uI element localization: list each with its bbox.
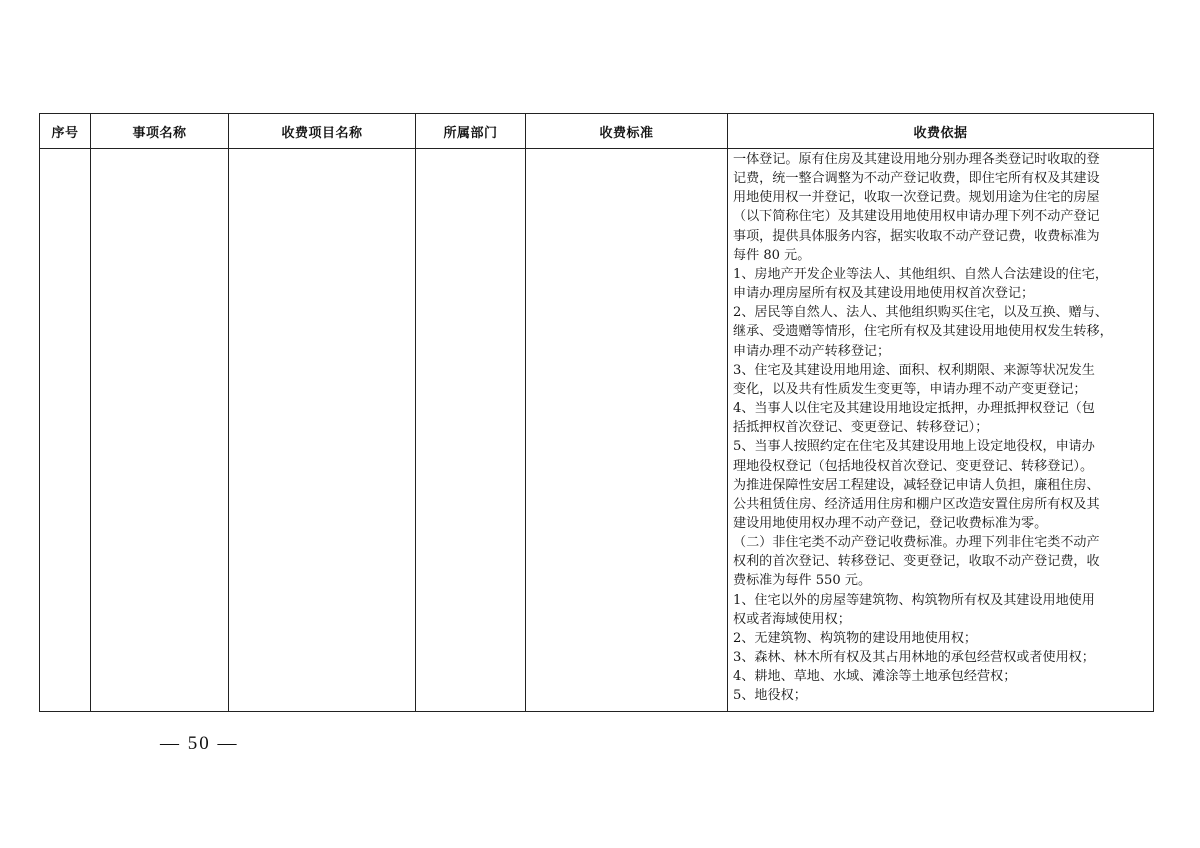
basis-line: 建设用地使用权办理不动产登记，登记收费标准为零。 [733,514,1148,533]
basis-line: 公共租赁住房、经济适用住房和棚户区改造安置住房所有权及其 [733,495,1148,514]
basis-line: 1、住宅以外的房屋等建筑物、构筑物所有权及其建设用地使用 [733,591,1148,610]
basis-line: （以下简称住宅）及其建设用地使用权申请办理下列不动产登记 [733,207,1148,226]
basis-line: 用地使用权一并登记，收取一次登记费。规划用途为住宅的房屋 [733,188,1148,207]
fee-table: 序号 事项名称 收费项目名称 所属部门 收费标准 收费依据 一体登记。原有住房及… [39,113,1154,712]
cell-index [40,149,91,712]
header-index: 序号 [40,114,91,149]
basis-line: 继承、受遗赠等情形，住宅所有权及其建设用地使用权发生转移， [733,322,1148,341]
cell-item-name [91,149,229,712]
basis-line: 理地役权登记（包括地役权首次登记、变更登记、转移登记）。 [733,457,1148,476]
basis-line: 权利的首次登记、转移登记、变更登记，收取不动产登记费，收 [733,552,1148,571]
header-department: 所属部门 [416,114,526,149]
table-header-row: 序号 事项名称 收费项目名称 所属部门 收费标准 收费依据 [40,114,1154,149]
basis-line: 权或者海域使用权； [733,610,1148,629]
basis-line: 事项，提供具体服务内容，据实收取不动产登记费，收费标准为 [733,227,1148,246]
basis-line: 记费，统一整合调整为不动产登记收费，即住宅所有权及其建设 [733,169,1148,188]
basis-line: 为推进保障性安居工程建设，减轻登记申请人负担，廉租住房、 [733,476,1148,495]
page-number: — 50 — [160,733,239,755]
cell-fee-basis: 一体登记。原有住房及其建设用地分别办理各类登记时收取的登 记费，统一整合调整为不… [728,149,1154,712]
basis-line: 变化，以及共有性质发生变更等，申请办理不动产变更登记； [733,380,1148,399]
basis-line: 2、无建筑物、构筑物的建设用地使用权； [733,629,1148,648]
header-fee-standard: 收费标准 [526,114,728,149]
basis-line: 每件 80 元。 [733,246,1148,265]
basis-line: 费标准为每件 550 元。 [733,571,1148,590]
basis-line: 括抵押权首次登记、变更登记、转移登记）； [733,418,1148,437]
basis-line: 1、房地产开发企业等法人、其他组织、自然人合法建设的住宅， [733,265,1148,284]
basis-line: 4、耕地、草地、水域、滩涂等土地承包经营权； [733,667,1148,686]
basis-line: （二）非住宅类不动产登记收费标准。办理下列非住宅类不动产 [733,533,1148,552]
document-page: 序号 事项名称 收费项目名称 所属部门 收费标准 收费依据 一体登记。原有住房及… [0,0,1200,848]
header-fee-basis: 收费依据 [728,114,1154,149]
cell-department [416,149,526,712]
header-item-name: 事项名称 [91,114,229,149]
basis-line: 一体登记。原有住房及其建设用地分别办理各类登记时收取的登 [733,150,1148,169]
cell-fee-item-name [229,149,416,712]
basis-line: 2、居民等自然人、法人、其他组织购买住宅，以及互换、赠与、 [733,303,1148,322]
fee-basis-text: 一体登记。原有住房及其建设用地分别办理各类登记时收取的登 记费，统一整合调整为不… [728,149,1153,706]
basis-line: 申请办理房屋所有权及其建设用地使用权首次登记； [733,284,1148,303]
table-row: 一体登记。原有住房及其建设用地分别办理各类登记时收取的登 记费，统一整合调整为不… [40,149,1154,712]
header-fee-item-name: 收费项目名称 [229,114,416,149]
basis-line: 申请办理不动产转移登记； [733,342,1148,361]
basis-line: 3、森林、林木所有权及其占用林地的承包经营权或者使用权； [733,648,1148,667]
basis-line: 5、地役权； [733,686,1148,705]
cell-fee-standard [526,149,728,712]
basis-line: 5、当事人按照约定在住宅及其建设用地上设定地役权，申请办 [733,437,1148,456]
basis-line: 4、当事人以住宅及其建设用地设定抵押，办理抵押权登记（包 [733,399,1148,418]
basis-line: 3、住宅及其建设用地用途、面积、权利期限、来源等状况发生 [733,361,1148,380]
